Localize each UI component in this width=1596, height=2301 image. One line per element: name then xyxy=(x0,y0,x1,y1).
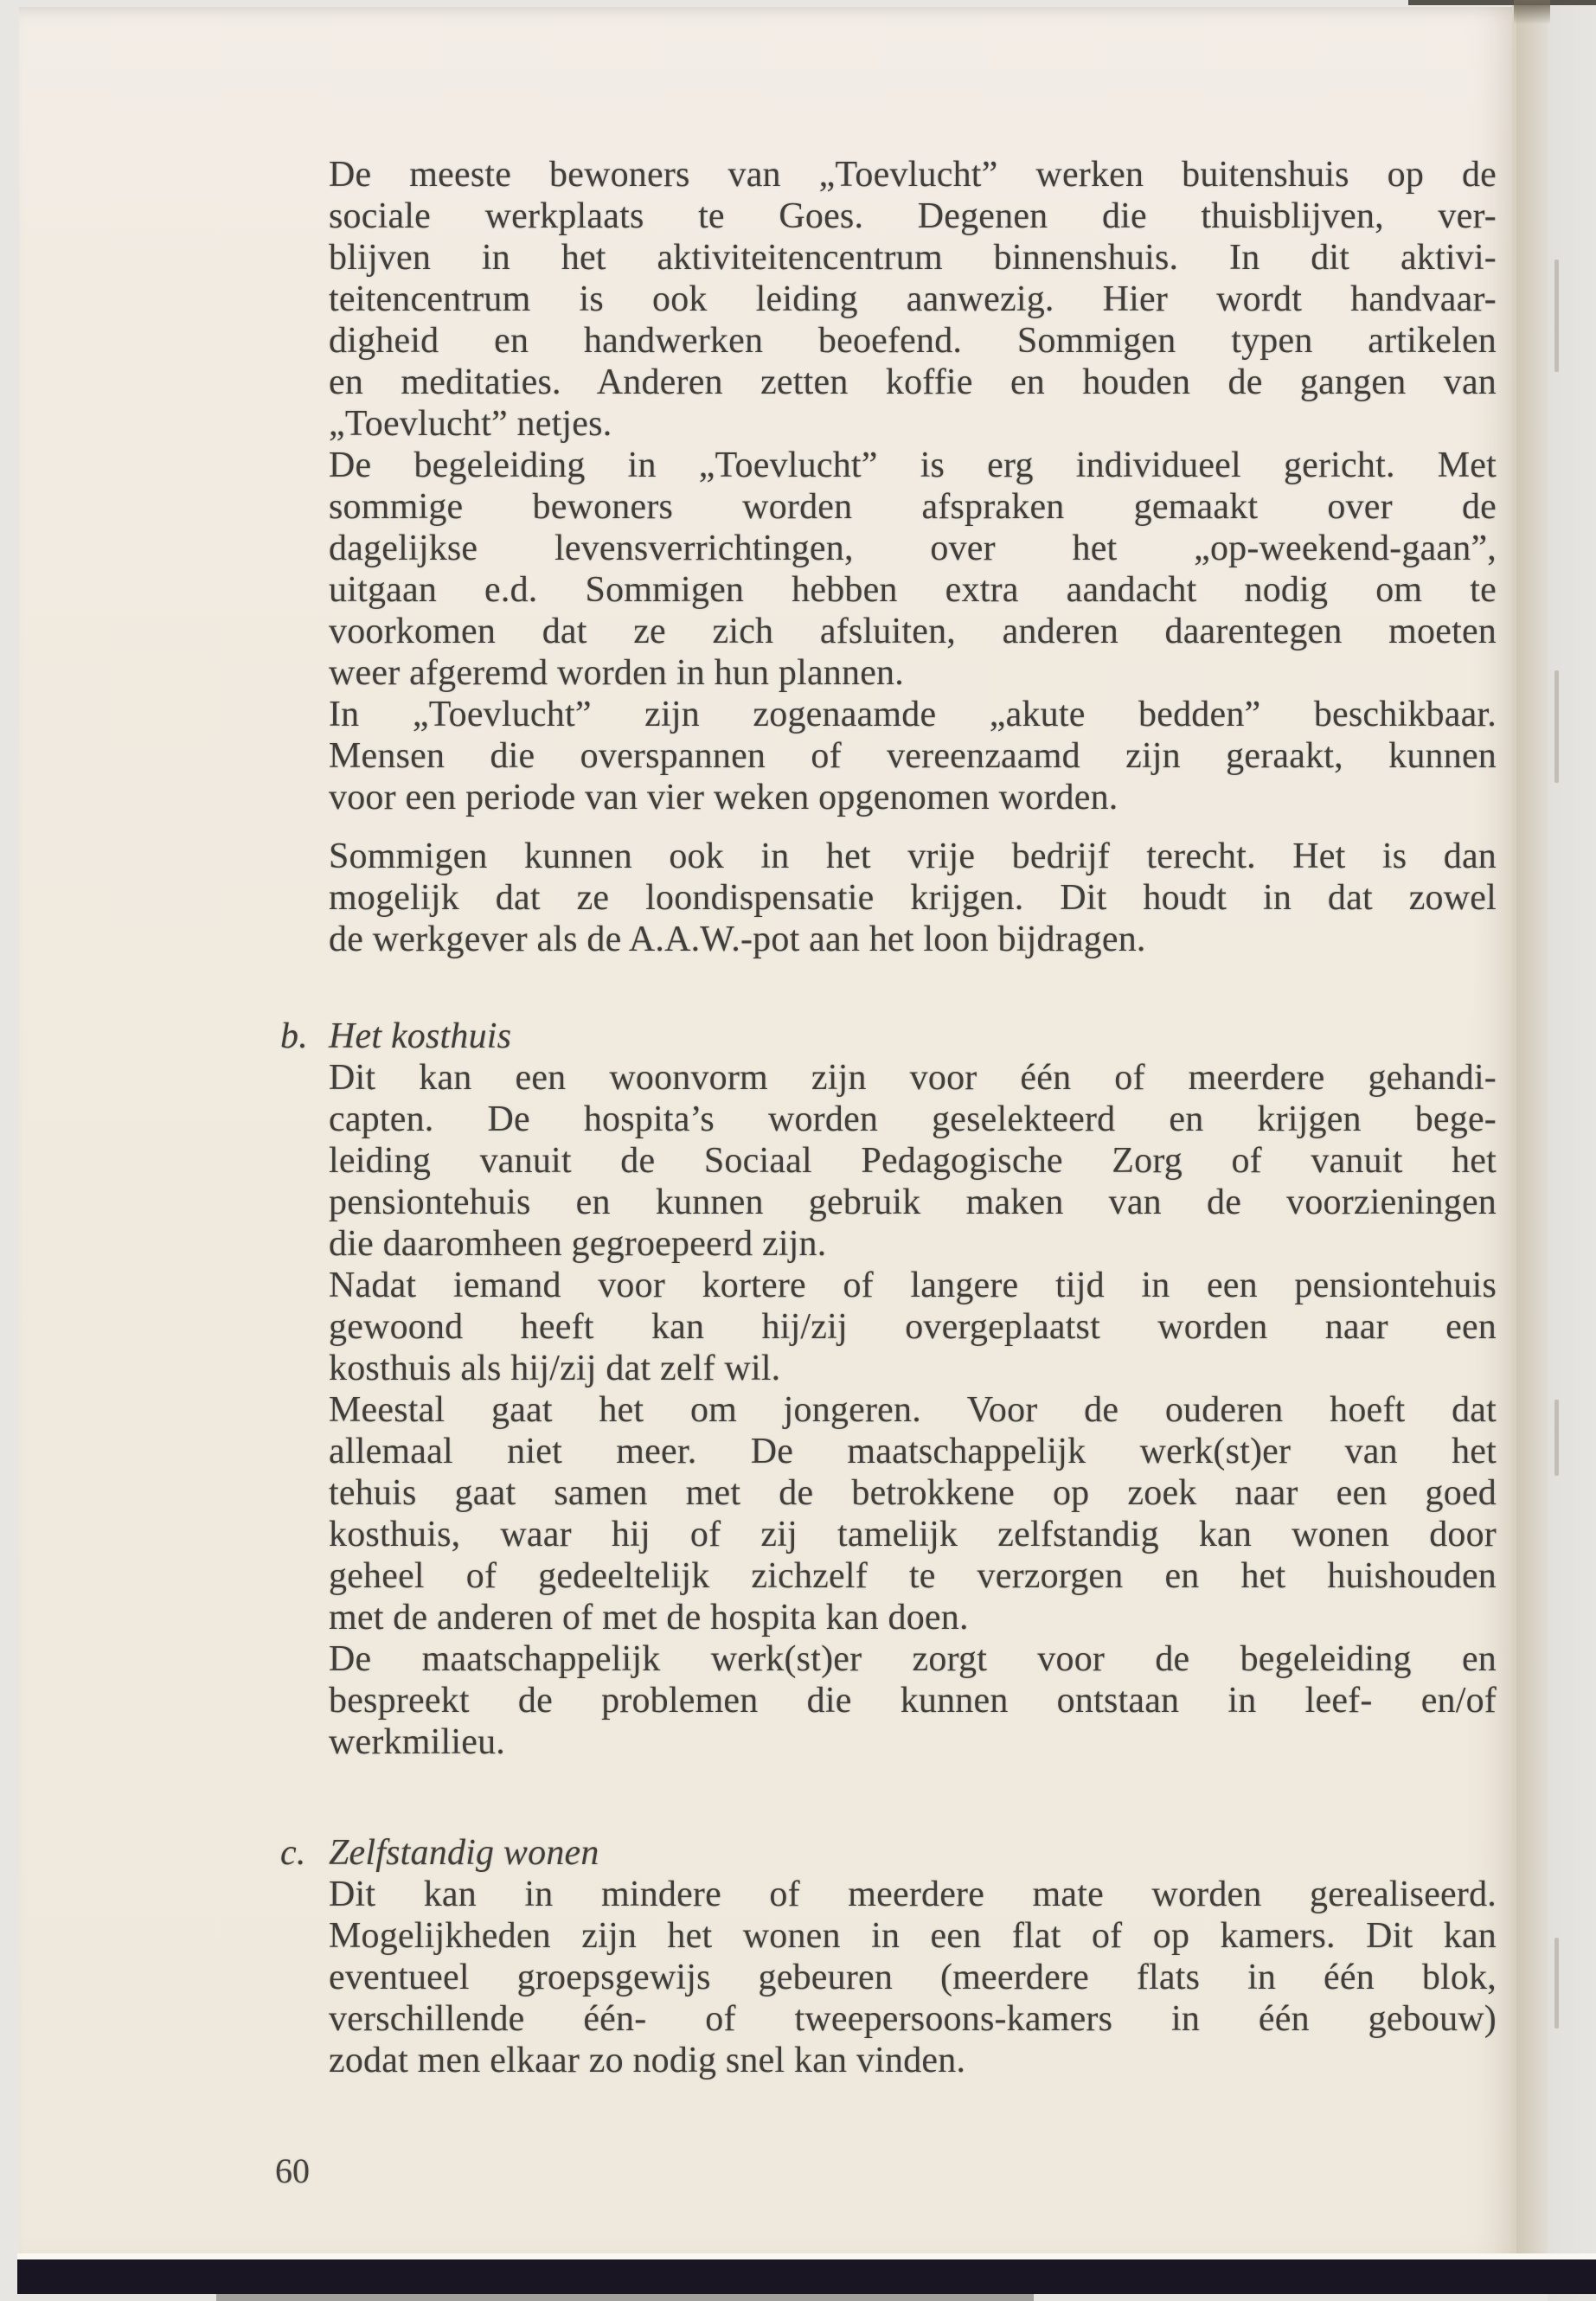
scan-top-dark-line xyxy=(1408,0,1596,5)
page-number: 60 xyxy=(275,2150,310,2191)
text-line: sociale werkplaats te Goes. Degenen die … xyxy=(329,195,1497,237)
paragraph: De begeleiding in „Toevlucht” is erg ind… xyxy=(329,445,1497,694)
text-line: In „Toevlucht” zijn zogenaamde „akute be… xyxy=(329,694,1497,735)
text-column: De meeste bewoners van „Toevlucht” werke… xyxy=(329,154,1497,2081)
page-edge-mark xyxy=(1554,670,1559,783)
text-line: werkmilieu. xyxy=(329,1721,1497,1763)
text-line: weer afgeremd worden in hun plannen. xyxy=(329,652,1497,694)
page-edge-mark xyxy=(1554,1400,1559,1476)
paragraph: De meeste bewoners van „Toevlucht” werke… xyxy=(329,154,1497,445)
paragraph: Sommigen kunnen ook in het vrije bedrijf… xyxy=(329,836,1497,960)
text-line: gewoond heeft kan hij/zij overgeplaatst … xyxy=(329,1306,1497,1348)
text-line: capten. De hospita’s worden geselekteerd… xyxy=(329,1099,1497,1140)
text-line: Sommigen kunnen ook in het vrije bedrijf… xyxy=(329,836,1497,877)
text-line: leiding vanuit de Sociaal Pedagogische Z… xyxy=(329,1140,1497,1182)
text-line: uitgaan e.d. Sommigen hebben extra aanda… xyxy=(329,569,1497,611)
section-heading: c.Zelfstandig wonen xyxy=(329,1832,1497,1874)
text-line: sommige bewoners worden afspraken gemaak… xyxy=(329,486,1497,528)
text-line: digheid en handwerken beoefend. Sommigen… xyxy=(329,320,1497,362)
book-page: De meeste bewoners van „Toevlucht” werke… xyxy=(19,7,1518,2259)
text-line: Mogelijkheden zijn het wonen in een flat… xyxy=(329,1915,1497,1957)
text-line: „Toevlucht” netjes. xyxy=(329,403,1497,445)
text-line: die daaromheen gegroepeerd zijn. xyxy=(329,1223,1497,1265)
text-line: verschillende één- of tweepersoons-kamer… xyxy=(329,1998,1497,2040)
paragraph: Dit kan in mindere of meerdere mate word… xyxy=(329,1874,1497,2081)
page-edge-mark xyxy=(1554,1938,1559,2029)
page-edge-mark xyxy=(1554,260,1559,372)
scan-background: De meeste bewoners van „Toevlucht” werke… xyxy=(0,0,1596,2301)
text-line: De meeste bewoners van „Toevlucht” werke… xyxy=(329,154,1497,195)
text-line: pensiontehuis en kunnen gebruik maken va… xyxy=(329,1182,1497,1223)
text-line: Dit kan een woonvorm zijn voor één of me… xyxy=(329,1057,1497,1099)
text-line: geheel of gedeeltelijk zichzelf te verzo… xyxy=(329,1555,1497,1597)
text-line: met de anderen of met de hospita kan doe… xyxy=(329,1597,1497,1638)
text-line: allemaal niet meer. De maatschappelijk w… xyxy=(329,1431,1497,1472)
scan-bottom-dark-band xyxy=(17,2259,1596,2294)
text-line: blijven in het aktiviteitencentrum binne… xyxy=(329,237,1497,279)
section-marker: b. xyxy=(280,1016,308,1057)
text-line: mogelijk dat ze loondispensatie krijgen.… xyxy=(329,877,1497,919)
paragraph: Dit kan een woonvorm zijn voor één of me… xyxy=(329,1057,1497,1265)
text-line: teitencentrum is ook leiding aanwezig. H… xyxy=(329,279,1497,320)
scan-bottom-highlight xyxy=(17,2253,1596,2259)
paragraph: Nadat iemand voor kortere of langere tij… xyxy=(329,1265,1497,1389)
text-line: De begeleiding in „Toevlucht” is erg ind… xyxy=(329,445,1497,486)
scan-bottom-gray-strip xyxy=(216,2294,1034,2301)
text-line: bespreekt de problemen die kunnen ontsta… xyxy=(329,1680,1497,1721)
paragraph: In „Toevlucht” zijn zogenaamde „akute be… xyxy=(329,694,1497,818)
paragraph: Meestal gaat het om jongeren. Voor de ou… xyxy=(329,1389,1497,1638)
section-marker: c. xyxy=(280,1832,306,1874)
page-edge-band xyxy=(1516,0,1548,2259)
scan-top-corner-shade xyxy=(1514,0,1550,24)
text-line: kosthuis als hij/zij dat zelf wil. xyxy=(329,1348,1497,1389)
text-line: tehuis gaat samen met de betrokkene op z… xyxy=(329,1472,1497,1514)
text-line: de werkgever als de A.A.W.-pot aan het l… xyxy=(329,919,1497,960)
text-line: zodat men elkaar zo nodig snel kan vinde… xyxy=(329,2040,1497,2081)
section-title: Het kosthuis xyxy=(329,1016,511,1056)
section-heading: b.Het kosthuis xyxy=(329,1016,1497,1057)
text-line: en meditaties. Anderen zetten koffie en … xyxy=(329,362,1497,403)
text-line: Nadat iemand voor kortere of langere tij… xyxy=(329,1265,1497,1306)
paragraph: De maatschappelijk werk(st)er zorgt voor… xyxy=(329,1638,1497,1763)
text-line: voorkomen dat ze zich afsluiten, anderen… xyxy=(329,611,1497,652)
text-line: De maatschappelijk werk(st)er zorgt voor… xyxy=(329,1638,1497,1680)
section-title: Zelfstandig wonen xyxy=(329,1833,599,1873)
text-line: Meestal gaat het om jongeren. Voor de ou… xyxy=(329,1389,1497,1431)
text-line: Mensen die overspannen of vereenzaamd zi… xyxy=(329,735,1497,777)
text-line: Dit kan in mindere of meerdere mate word… xyxy=(329,1874,1497,1915)
text-line: voor een periode van vier weken opgenome… xyxy=(329,777,1497,818)
text-line: eventueel groepsgewijs gebeuren (meerder… xyxy=(329,1957,1497,1998)
text-line: kosthuis, waar hij of zij tamelijk zelfs… xyxy=(329,1514,1497,1555)
text-line: dagelijkse levensverrichtingen, over het… xyxy=(329,528,1497,569)
